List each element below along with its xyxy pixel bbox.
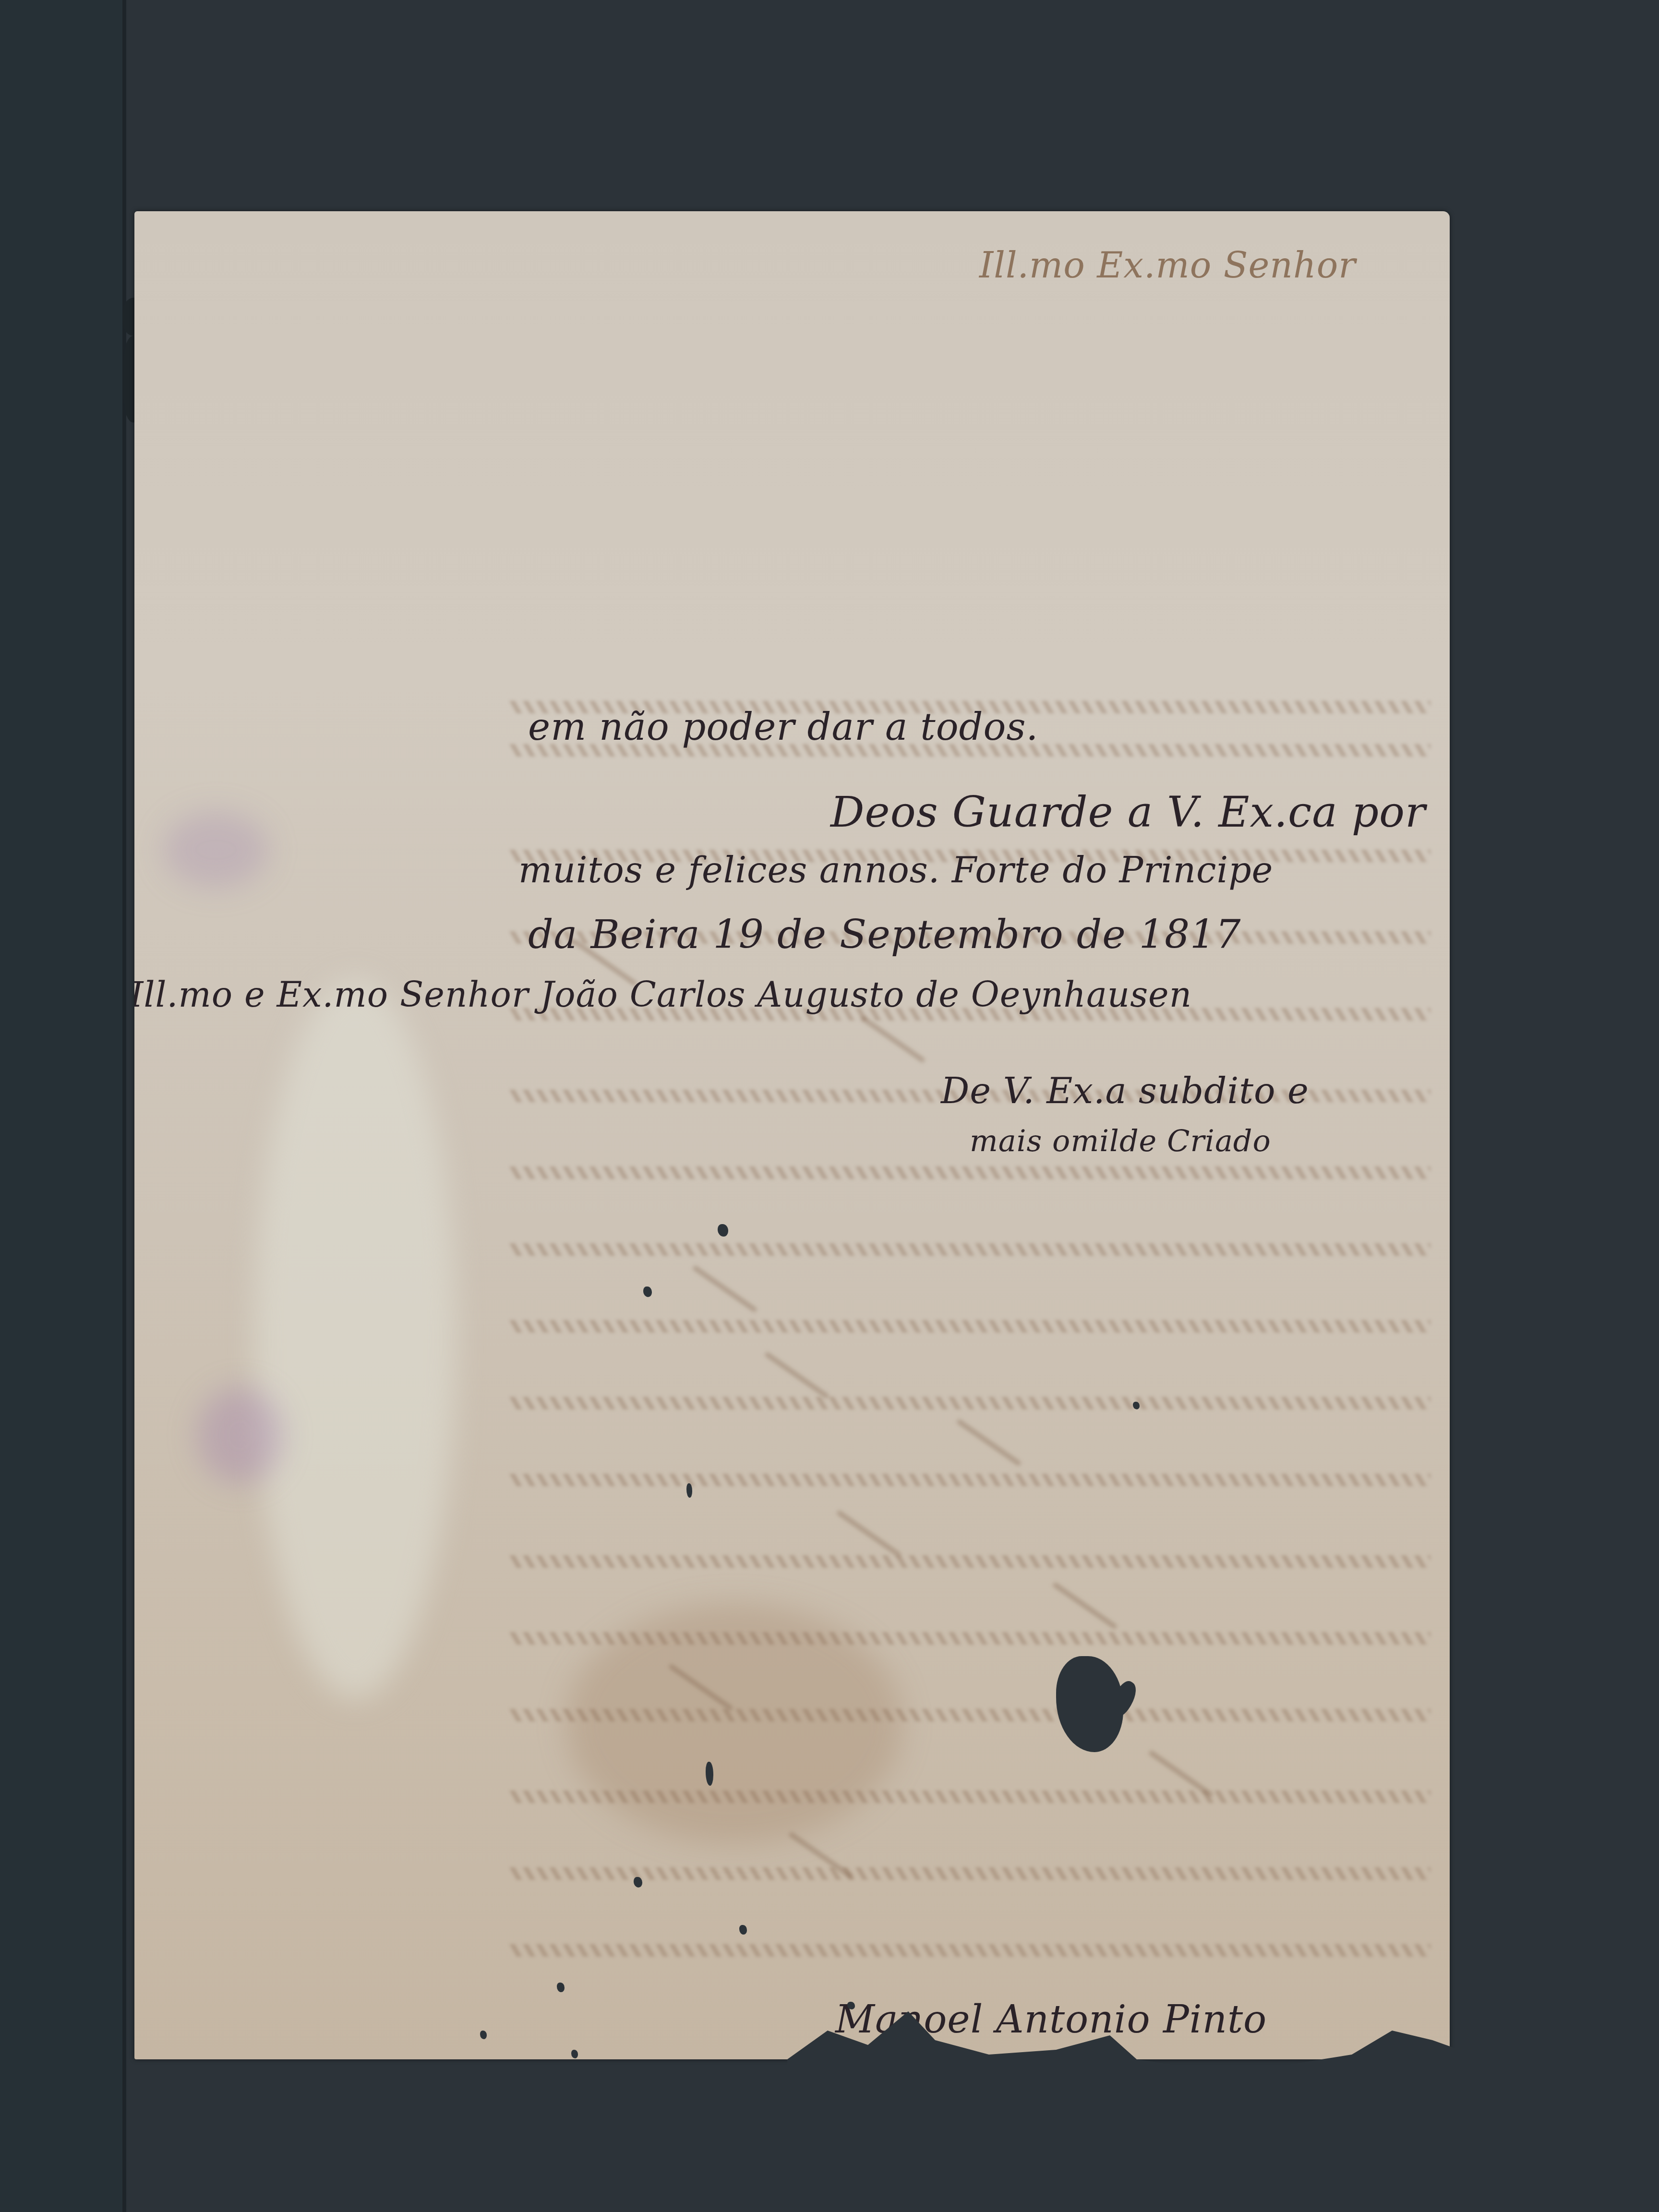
paper-hole <box>571 2050 578 2058</box>
body-line-4-date-place: da Beira 19 de Septembro de 1817 <box>528 912 1241 958</box>
paper-hole <box>706 1762 713 1786</box>
purple-ink-stain <box>163 811 269 888</box>
body-line-1: em não poder dar a todos. <box>528 706 1038 749</box>
paper-hole <box>847 2002 855 2009</box>
dark-backing-board <box>0 0 125 2212</box>
water-stain <box>566 1603 902 1843</box>
paper-hole <box>643 1286 652 1297</box>
manuscript-page: Ill.mo Ex.mo Senhor em não poder dar a t… <box>134 211 1450 2059</box>
paper-hole <box>739 1925 747 1935</box>
body-line-2: Deos Guarde a V. Ex.ca por <box>830 787 1426 837</box>
body-line-3: muitos e felices annos. Forte do Princip… <box>518 850 1273 891</box>
paper-hole <box>686 1483 692 1498</box>
header-salutation-faint: Ill.mo Ex.mo Senhor <box>979 245 1356 286</box>
paper-hole <box>1133 1402 1140 1409</box>
paper-hole <box>634 1877 642 1887</box>
purple-ink-stain <box>197 1387 283 1483</box>
closing-line-2: mais omilde Criado <box>970 1123 1271 1158</box>
paper-hole <box>480 2031 487 2039</box>
paper-hole <box>557 1983 565 1992</box>
closing-line-1: De V. Ex.a subdito e <box>941 1070 1309 1112</box>
water-stain <box>254 979 456 1699</box>
addressee-line: Ill.mo e Ex.mo Senhor João Carlos August… <box>134 974 1192 1015</box>
paper-hole <box>718 1224 728 1237</box>
